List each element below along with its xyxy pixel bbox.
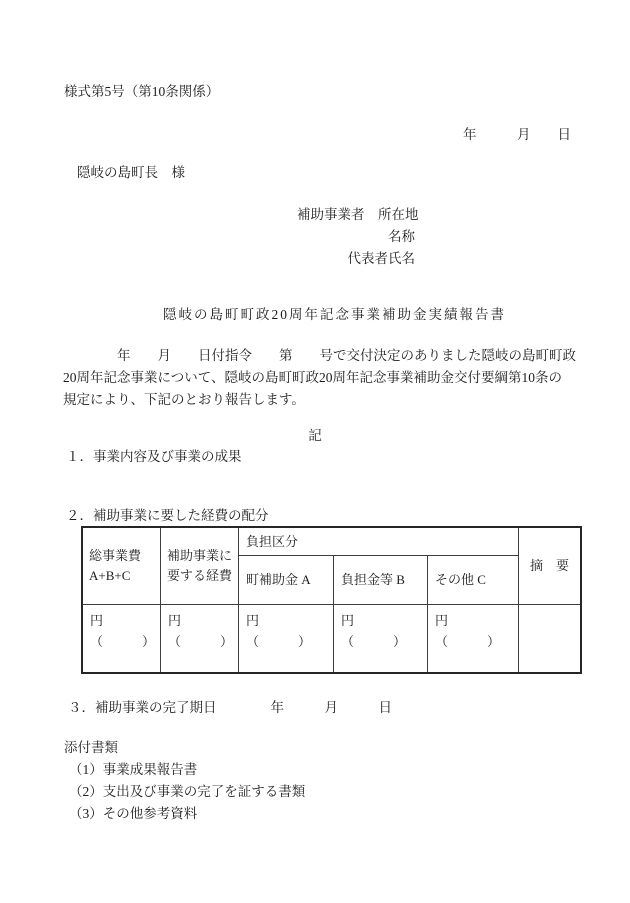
yen-unit-label: 円 <box>168 610 238 631</box>
town-subsidy-cell: 円 （ ） <box>239 605 334 672</box>
yen-unit-label: 円 <box>341 610 427 631</box>
blank-parentheses: （ ） <box>168 631 238 652</box>
section-2-heading: ２．補助事業に要した経費の配分 <box>66 506 269 525</box>
yen-unit-label: 円 <box>90 610 160 631</box>
attachment-item-2: （2）支出及び事業の完了を証する書類 <box>64 781 305 803</box>
document-page: { "page": { "form_number": "様式第5号（第10条関係… <box>0 0 630 903</box>
paragraph-line-3: 規定により、下記のとおり報告します。 <box>63 389 576 411</box>
report-title: 隠岐の島町町政20周年記念事業補助金実績報告書 <box>163 305 506 324</box>
ki-heading: 記 <box>0 426 630 445</box>
project-expense-cell: 円 （ ） <box>161 605 239 672</box>
remarks-cell <box>519 605 580 672</box>
form-number: 様式第5号（第10条関係） <box>64 82 219 101</box>
remarks-header: 摘 要 <box>519 528 580 605</box>
paragraph-line-1: 年 月 日付指令 第 号で交付決定のありました隠岐の島町町政 <box>63 345 576 367</box>
attachment-item-3: （3）その他参考資料 <box>64 803 305 825</box>
date-line: 年 月 日 <box>463 125 571 144</box>
blank-parentheses: （ ） <box>246 631 333 652</box>
attachments-heading: 添付書類 <box>64 737 305 759</box>
burden-category-header: 負担区分 <box>239 528 519 556</box>
contribution-cell: 円 （ ） <box>334 605 428 672</box>
applicant-block: 補助事業者 所在地 名称 代表者氏名 <box>297 204 415 270</box>
other-funds-header: その他 C <box>428 556 519 605</box>
town-subsidy-header: 町補助金 A <box>239 556 334 605</box>
addressee-line: 隠岐の島町長 様 <box>77 163 185 182</box>
total-cost-formula: A+B+C <box>89 566 160 586</box>
contribution-header: 負担金等 B <box>334 556 428 605</box>
project-expense-label-1: 補助事業に <box>167 546 238 566</box>
section-3-heading: ３．補助事業の完了期日 年 月 日 <box>68 698 392 717</box>
total-cost-cell: 円 （ ） <box>83 605 161 672</box>
other-funds-cell: 円 （ ） <box>428 605 519 672</box>
project-expense-label-2: 要する経費 <box>167 566 238 586</box>
blank-parentheses: （ ） <box>90 631 160 652</box>
body-paragraph: 年 月 日付指令 第 号で交付決定のありました隠岐の島町町政 20周年記念事業に… <box>63 345 576 411</box>
attachment-item-1: （1）事業成果報告書 <box>64 759 305 781</box>
total-cost-label: 総事業費 <box>89 546 160 566</box>
yen-unit-label: 円 <box>435 610 518 631</box>
applicant-representative-line: 代表者氏名 <box>297 248 415 270</box>
applicant-address-line: 補助事業者 所在地 <box>297 204 415 226</box>
applicant-name-line: 名称 <box>297 226 415 248</box>
attachments-block: 添付書類 （1）事業成果報告書 （2）支出及び事業の完了を証する書類 （3）その… <box>64 737 305 825</box>
total-cost-header: 総事業費 A+B+C <box>83 528 161 605</box>
blank-parentheses: （ ） <box>435 631 518 652</box>
project-expense-header: 補助事業に 要する経費 <box>161 528 239 605</box>
expense-table: 総事業費 A+B+C 補助事業に 要する経費 負担区分 摘 要 町補助金 A 負… <box>81 526 582 674</box>
yen-unit-label: 円 <box>246 610 333 631</box>
section-1-heading: １．事業内容及び事業の成果 <box>66 447 242 466</box>
blank-parentheses: （ ） <box>341 631 427 652</box>
paragraph-line-2: 20周年記念事業について、隠岐の島町町政20周年記念事業補助金交付要綱第10条の <box>63 367 576 389</box>
